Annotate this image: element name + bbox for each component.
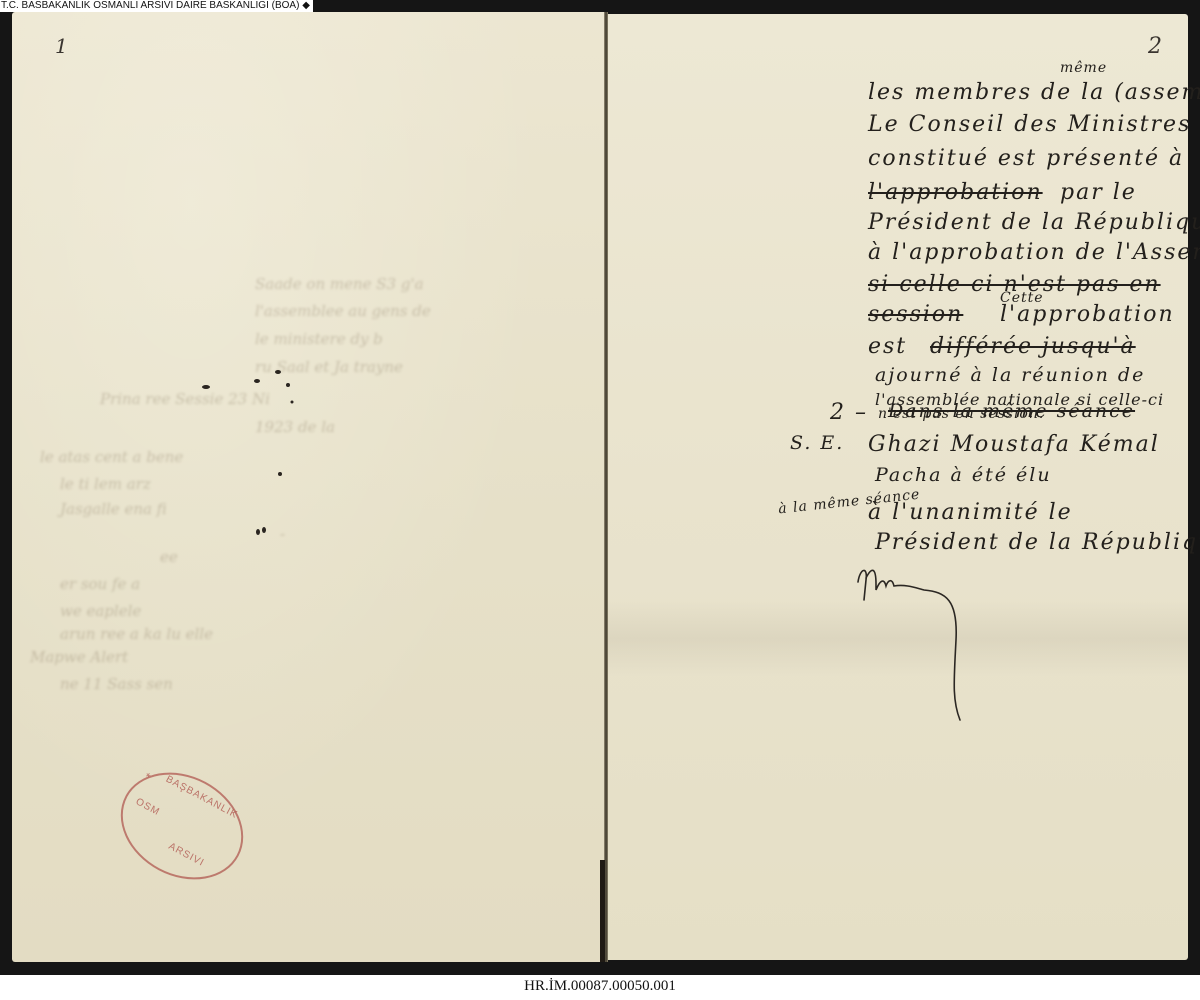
text-line: ajourné à la réunion de (875, 364, 1145, 386)
archive-watermark: T.C. BASBAKANLIK OSMANLI ARSIVI DAIRE BA… (0, 0, 313, 12)
bleed-line: Mapwe Alert (30, 648, 128, 666)
margin-note: S. E. (790, 432, 844, 454)
struck-text: Dans la même séance (888, 400, 1135, 422)
text-line: Pacha à été élu (875, 464, 1052, 486)
left-page-folio: 1 (55, 34, 68, 58)
text-line: est (868, 334, 907, 359)
ink-specks (190, 360, 320, 560)
bleed-line: arun ree a ka lu elle (60, 625, 213, 643)
struck-text: session (868, 302, 963, 327)
text-line: Le Conseil des Ministres ainsi (868, 112, 1200, 137)
signature-mark (850, 560, 990, 730)
document-reference: HR.İM.00087.00050.001 (0, 975, 1200, 1000)
bleed-line: ne 11 Sass sen (60, 675, 173, 693)
text-line: Ghazi Moustafa Kémal (868, 432, 1160, 457)
right-page-folio: 2 (1148, 34, 1162, 59)
text-line: à l'unanimité le (868, 500, 1073, 525)
struck-text: différée jusqu'à (930, 334, 1136, 359)
bleed-line: er sou fe a (60, 575, 140, 593)
stamp-text: ARSIVI (167, 841, 206, 869)
bleed-line: le ti lem arz (60, 475, 151, 493)
bleed-line: ee (160, 548, 178, 566)
bleed-line: le atas cent a bene (40, 448, 183, 466)
bleed-line: Saade on mene S3 g'a (255, 275, 424, 293)
text-line: par le (1060, 180, 1137, 205)
text-line: les membres de la (assemblée. (868, 80, 1200, 105)
bleed-line: we eaplele (60, 602, 141, 620)
bleed-line: le ministere dy b (255, 330, 383, 348)
bleed-line: Jasgalle ena fi (60, 500, 167, 518)
insertion-text: même (1060, 60, 1107, 76)
text-line: l'approbation (1000, 302, 1175, 327)
bleed-line: l'assemblee au gens de (255, 302, 431, 320)
text-line: Président de la République. (875, 530, 1200, 555)
list-number: 2 – (830, 400, 868, 425)
text-line: Président de la République (868, 210, 1200, 235)
text-line: à l'approbation de l'Assemblée (868, 240, 1200, 265)
stamp-text: OSM (134, 796, 162, 818)
struck-text: l'approbation (868, 180, 1043, 205)
spine-binding (600, 860, 605, 962)
text-line: constitué est présenté à (868, 146, 1184, 171)
